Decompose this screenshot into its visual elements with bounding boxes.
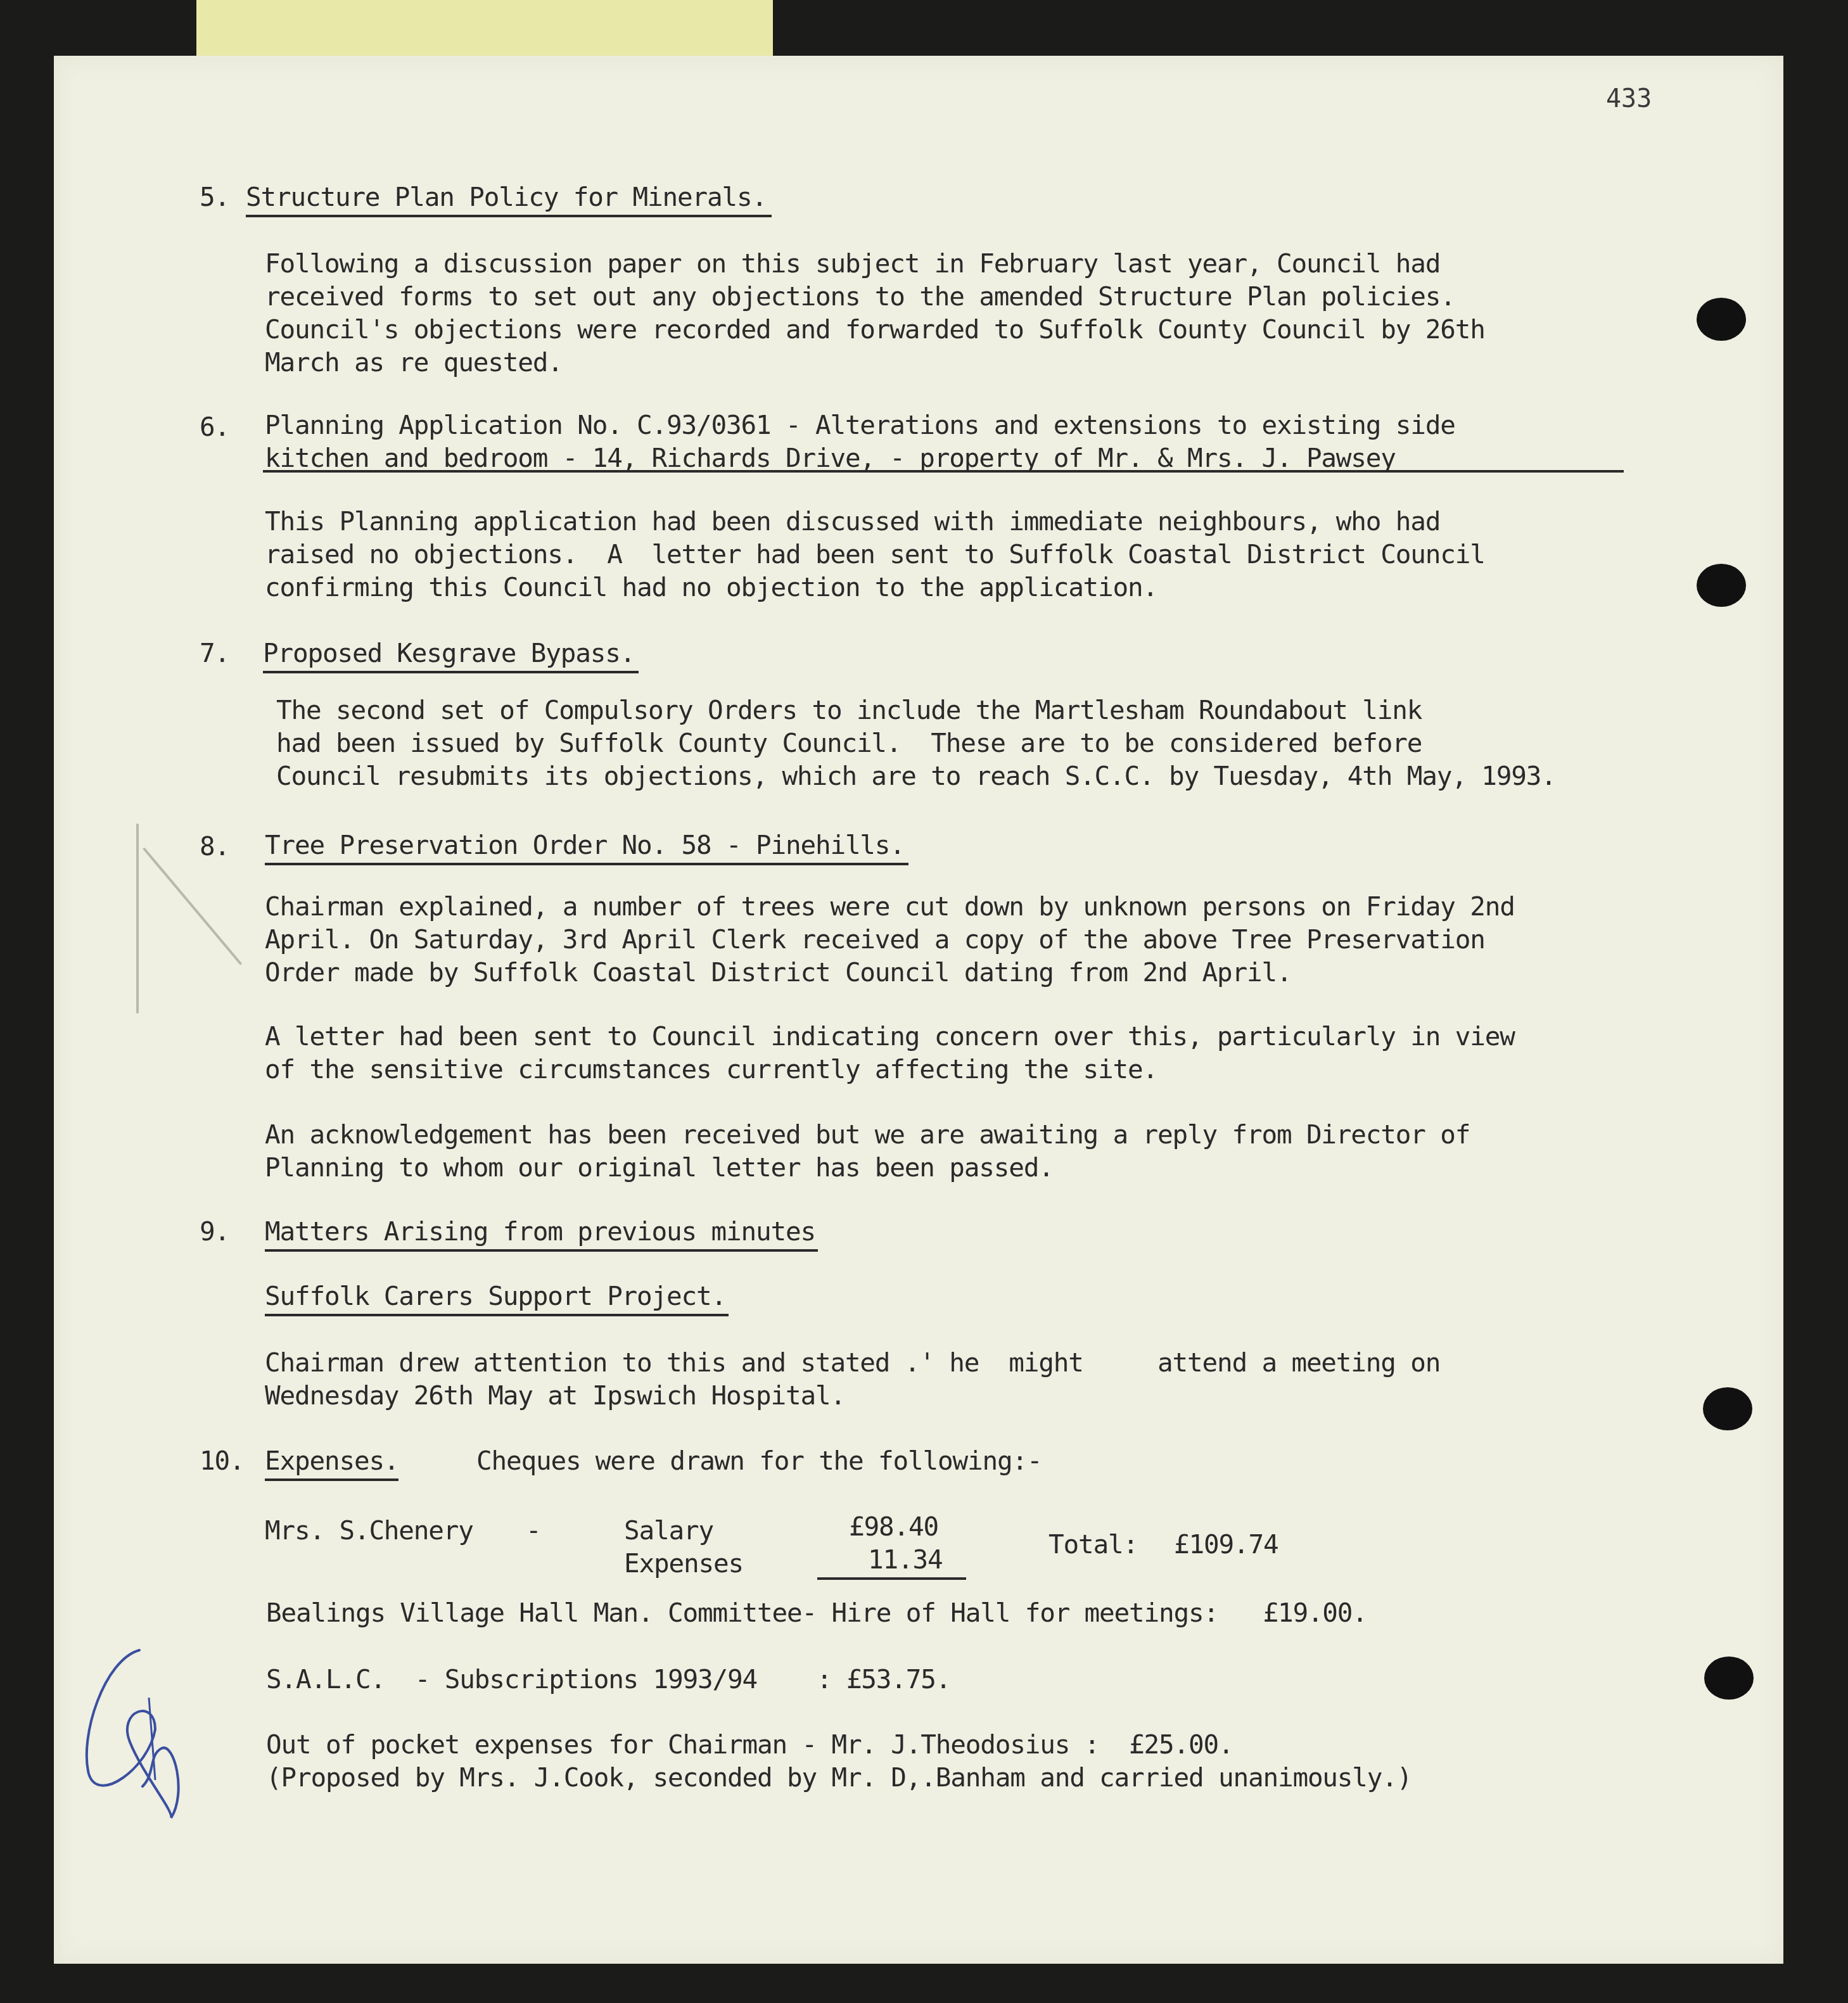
- item-number: 7.: [200, 637, 229, 670]
- expense-line: Bealings Village Hall Man. Committee- Hi…: [266, 1596, 1367, 1629]
- paragraph-line: Order made by Suffolk Coastal District C…: [265, 956, 1291, 989]
- paragraph-line: confirming this Council had no objection…: [265, 571, 1157, 604]
- item-heading: Matters Arising from previous minutes: [265, 1215, 818, 1252]
- paragraph-line: Following a discussion paper on this sub…: [265, 247, 1440, 280]
- paragraph-line: Planning to whom our original letter has…: [265, 1151, 1054, 1184]
- paragraph-line: had been issued by Suffolk County Counci…: [276, 727, 1422, 760]
- paragraph-line: Chairman drew attention to this and stat…: [265, 1346, 1440, 1379]
- paragraph-line: A letter had been sent to Council indica…: [265, 1020, 1515, 1053]
- paragraph-line: This Planning application had been discu…: [265, 505, 1440, 538]
- paragraph-line: March as re quested.: [265, 346, 563, 379]
- item-heading: Expenses.: [265, 1444, 398, 1481]
- expense-line: (Proposed by Mrs. J.Cook, seconded by Mr…: [266, 1761, 1411, 1794]
- punch-hole-icon: [1697, 298, 1746, 341]
- item-heading: Structure Plan Policy for Minerals.: [246, 181, 772, 217]
- paragraph-line: raised no objections. A letter had been …: [265, 538, 1485, 571]
- expenses-intro: Cheques were drawn for the following:-: [476, 1444, 1042, 1477]
- expense-line: Out of pocket expenses for Chairman - Mr…: [266, 1728, 1233, 1761]
- item-number: 6.: [200, 410, 229, 443]
- paragraph-line: The second set of Compulsory Orders to i…: [276, 694, 1422, 727]
- punch-hole-icon: [1697, 564, 1746, 607]
- total-amount: £109.74: [1174, 1528, 1278, 1561]
- item-number: 9.: [200, 1215, 229, 1248]
- punch-hole-icon: [1704, 1656, 1754, 1700]
- item-number: 10.: [200, 1444, 244, 1477]
- paragraph-line: Council resubmits its objections, which …: [276, 760, 1556, 792]
- paragraph-line: Chairman explained, a number of trees we…: [265, 890, 1515, 923]
- signature-initials-icon: [79, 1647, 244, 1831]
- expenses-label: Expenses: [624, 1547, 743, 1580]
- total-label: Total:: [1048, 1528, 1138, 1561]
- item-number: 5.: [200, 181, 229, 213]
- yellow-index-tab: [196, 0, 773, 58]
- expenses-amount: 11.34: [868, 1543, 942, 1576]
- expense-line: S.A.L.C. - Subscriptions 1993/94 : £53.7…: [266, 1663, 950, 1696]
- page-number: 433: [1606, 82, 1652, 115]
- payee-name: Mrs. S.Chenery: [265, 1514, 473, 1547]
- item-number: 8.: [200, 830, 229, 863]
- item-subheading: Suffolk Carers Support Project.: [265, 1280, 729, 1316]
- paragraph-line: An acknowledgement has been received but…: [265, 1118, 1470, 1151]
- payee-dash: -: [526, 1514, 540, 1547]
- paragraph-line: of the sensitive circumstances currently…: [265, 1053, 1157, 1086]
- paragraph-line: April. On Saturday, 3rd April Clerk rece…: [265, 923, 1485, 956]
- pencil-margin-mark-icon: [136, 823, 139, 1014]
- item-heading: Proposed Kesgrave Bypass.: [263, 637, 639, 673]
- paragraph-line: received forms to set out any objections…: [265, 280, 1455, 313]
- punch-hole-icon: [1703, 1387, 1752, 1430]
- item-heading: Tree Preservation Order No. 58 - Pinehil…: [265, 829, 908, 865]
- item-heading: Planning Application No. C.93/0361 - Alt…: [265, 409, 1455, 442]
- salary-label: Salary: [624, 1514, 713, 1547]
- salary-amount: £98.40: [849, 1510, 938, 1543]
- sum-underline: [817, 1577, 966, 1580]
- heading-underline: [263, 470, 1624, 473]
- paragraph-line: Council's objections were recorded and f…: [265, 313, 1485, 346]
- paragraph-line: Wednesday 26th May at Ipswich Hospital.: [265, 1379, 845, 1412]
